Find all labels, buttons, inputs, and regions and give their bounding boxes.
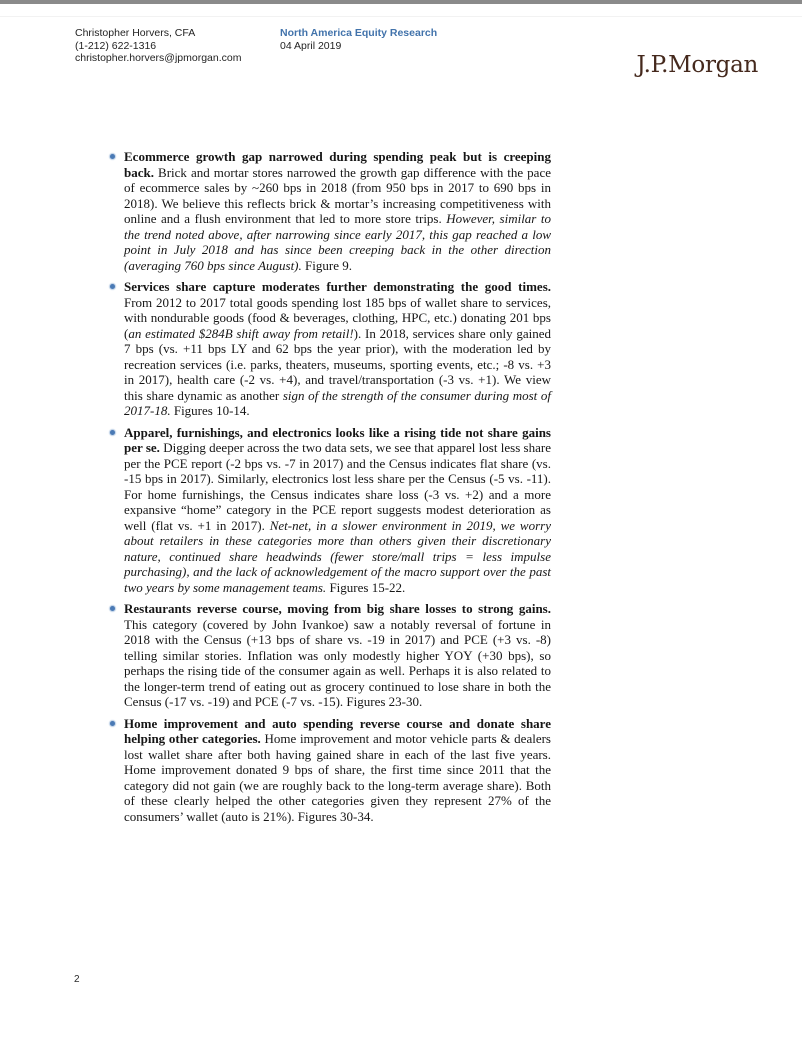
bullet-list: Ecommerce growth gap narrowed during spe… [110, 149, 551, 824]
bullet-text-italic: an estimated $284B shift away from retai… [128, 326, 353, 341]
bullet-ecommerce-growth-gap: Ecommerce growth gap narrowed during spe… [110, 149, 551, 273]
report-body: Ecommerce growth gap narrowed during spe… [110, 149, 551, 830]
analyst-email: christopher.horvers@jpmorgan.com [75, 52, 241, 65]
bullet-services-share: Services share capture moderates further… [110, 279, 551, 419]
division-title: North America Equity Research [280, 27, 437, 40]
bullet-icon [110, 721, 115, 726]
bullet-home-improvement-auto: Home improvement and auto spending rever… [110, 716, 551, 825]
figure-reference: Figures 15-22. [326, 580, 405, 595]
bullet-icon [110, 606, 115, 611]
figure-reference: Figures 10-14. [171, 403, 250, 418]
page-number: 2 [74, 974, 80, 985]
header-hairline [0, 16, 802, 17]
figure-reference: Figure 9. [302, 258, 352, 273]
bullet-icon [110, 154, 115, 159]
analyst-phone: (1-212) 622-1316 [75, 40, 241, 53]
bullet-icon [110, 430, 115, 435]
bullet-icon [110, 284, 115, 289]
analyst-contact-block: Christopher Horvers, CFA (1-212) 622-131… [75, 27, 241, 65]
publication-block: North America Equity Research 04 April 2… [280, 27, 437, 52]
top-divider-bar [0, 0, 802, 4]
jpmorgan-logo: J.P.Morgan [636, 52, 758, 78]
bullet-heading: Services share capture moderates further… [124, 279, 551, 294]
analyst-name: Christopher Horvers, CFA [75, 27, 241, 40]
bullet-apparel-furnishings-electronics: Apparel, furnishings, and electronics lo… [110, 425, 551, 596]
bullet-heading: Restaurants reverse course, moving from … [124, 601, 551, 616]
bullet-restaurants-reverse-course: Restaurants reverse course, moving from … [110, 601, 551, 710]
bullet-text: This category (covered by John Ivankoe) … [124, 617, 551, 710]
publication-date: 04 April 2019 [280, 40, 437, 53]
research-report-page: Christopher Horvers, CFA (1-212) 622-131… [0, 0, 802, 1037]
